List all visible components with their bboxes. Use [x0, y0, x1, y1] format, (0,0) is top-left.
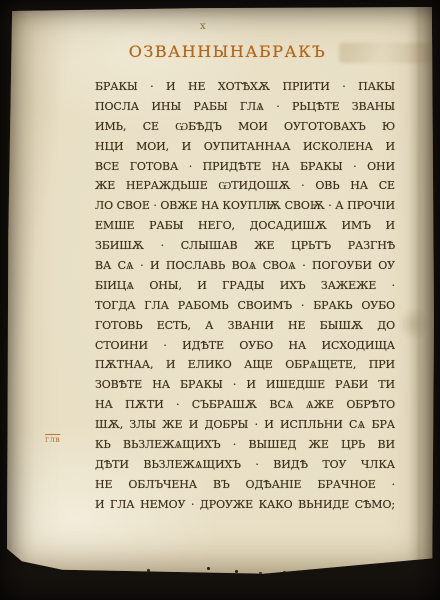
- text-line: ШѪ, ЗЛЫ ЖЕ И ДОБРЫ · И ИСПЛЬНИ СѦ БРА: [95, 415, 395, 435]
- text-line: ПѪТНАА, И ЕЛИКО АЩЕ ОБРѦЩЕТЕ, ПРИ: [95, 355, 395, 375]
- text-line: ТОГДА ГЛА РАБОМЬ СВОИМЪ · БРАКЬ ОУБО: [95, 296, 395, 316]
- manuscript-photo: х ОЗВАННЫНАБРАКЪ БРАКЫ · И НЕ ХОТѢХѪ ПРІ…: [0, 0, 440, 600]
- text-line: ЗОВѢТЕ НА БРАКЫ · И ИШЕДШЕ РАБИ ТИ: [95, 375, 395, 395]
- parchment-specks: [207, 567, 210, 570]
- text-line: НЦИ МОИ, И ОУПИТАННАА ИСКОЛЕНА И: [95, 137, 395, 157]
- text-line: ЗБИШѪ · СЛЫШАВ ЖЕ ЦРЬТЪ РАЗГНѢ: [95, 236, 395, 256]
- text-line: ЛО СВОЕ · ОВЖЕ НА КОУПЛѬ СВОѬ · А ПРОЧІИ: [95, 196, 395, 216]
- title-cross-mark: х: [200, 21, 207, 32]
- text-line: НЕ ОБЛЪЧЕНА ВЪ ОДѢАНІЕ БРАЧНОЕ ·: [95, 475, 395, 495]
- text-line: ИМЬ, СЕ ѠБѢДЪ МОИ ОУГОТОВАХЪ Ю: [95, 117, 395, 137]
- text-line: НА ПѪТИ · СЪБРАШѪ ВСѦ ѦЖЕ ОБРѢТО: [95, 395, 395, 415]
- text-line: ГОТОВЬ ЕСТЬ, А ЗВАНІИ НЕ БЫШѪ ДО: [95, 316, 395, 336]
- text-line: ПОСЛА ИНЫ РАБЫ ГЛѦ · РЬЦѢТЕ ЗВАНЫ: [95, 97, 395, 117]
- text-line: ЕМШЕ РАБЫ НЕГО, ДОСАДИШѪ ИМЪ И: [95, 216, 395, 236]
- text-line: КЬ ВЬЗЛЕЖѦЩИХЪ · ВЫШЕД ЖЕ ЦРЬ ВИ: [95, 435, 395, 455]
- text-block: БРАКЫ · И НЕ ХОТѢХѪ ПРІИТИ · ПАКЫПОСЛА И…: [95, 77, 395, 515]
- text-line: И ГЛА НЕМОУ · ДРОУЖЕ КАКО ВЬНИДЕ СѢМО;: [95, 495, 395, 515]
- manuscript-page: х ОЗВАННЫНАБРАКЪ БРАКЫ · И НЕ ХОТѢХѪ ПРІ…: [7, 7, 434, 576]
- margin-chapter-note: глв: [45, 435, 60, 444]
- text-line: БРАКЫ · И НЕ ХОТѢХѪ ПРІИТИ · ПАКЫ: [95, 77, 395, 97]
- text-line: ДѢТИ ВЬЗЛЕЖѦЩИХЪ · ВИДѢ ТОУ ЧЛКА: [95, 455, 395, 475]
- page-fold-line: [417, 7, 420, 576]
- page-title: ОЗВАННЫНАБРАКЪ: [7, 42, 434, 61]
- text-line: СТОИНИ · ИДѢТЕ ОУБО НА ИСХОДИЩА: [95, 336, 395, 356]
- text-line: ВА СѦ · И ПОСЛАВЬ ВОѦ СВОѦ · ПОГОУБИ ОУ: [95, 256, 395, 276]
- text-line: ЖЕ НЕРАЖДЬШЕ ѠТИДОШѪ · ОВЬ НА СЕ: [95, 176, 395, 196]
- text-line: БІИЦѦ ОНЫ, И ГРАДЫ ИХЪ ЗАЖЕЖЕ ·: [95, 276, 395, 296]
- ink-bleedthrough-smudge: [399, 307, 429, 341]
- text-line: ВСЕ ГОТОВА · ПРИДѢТЕ НА БРАКЫ · ОНИ: [95, 157, 395, 177]
